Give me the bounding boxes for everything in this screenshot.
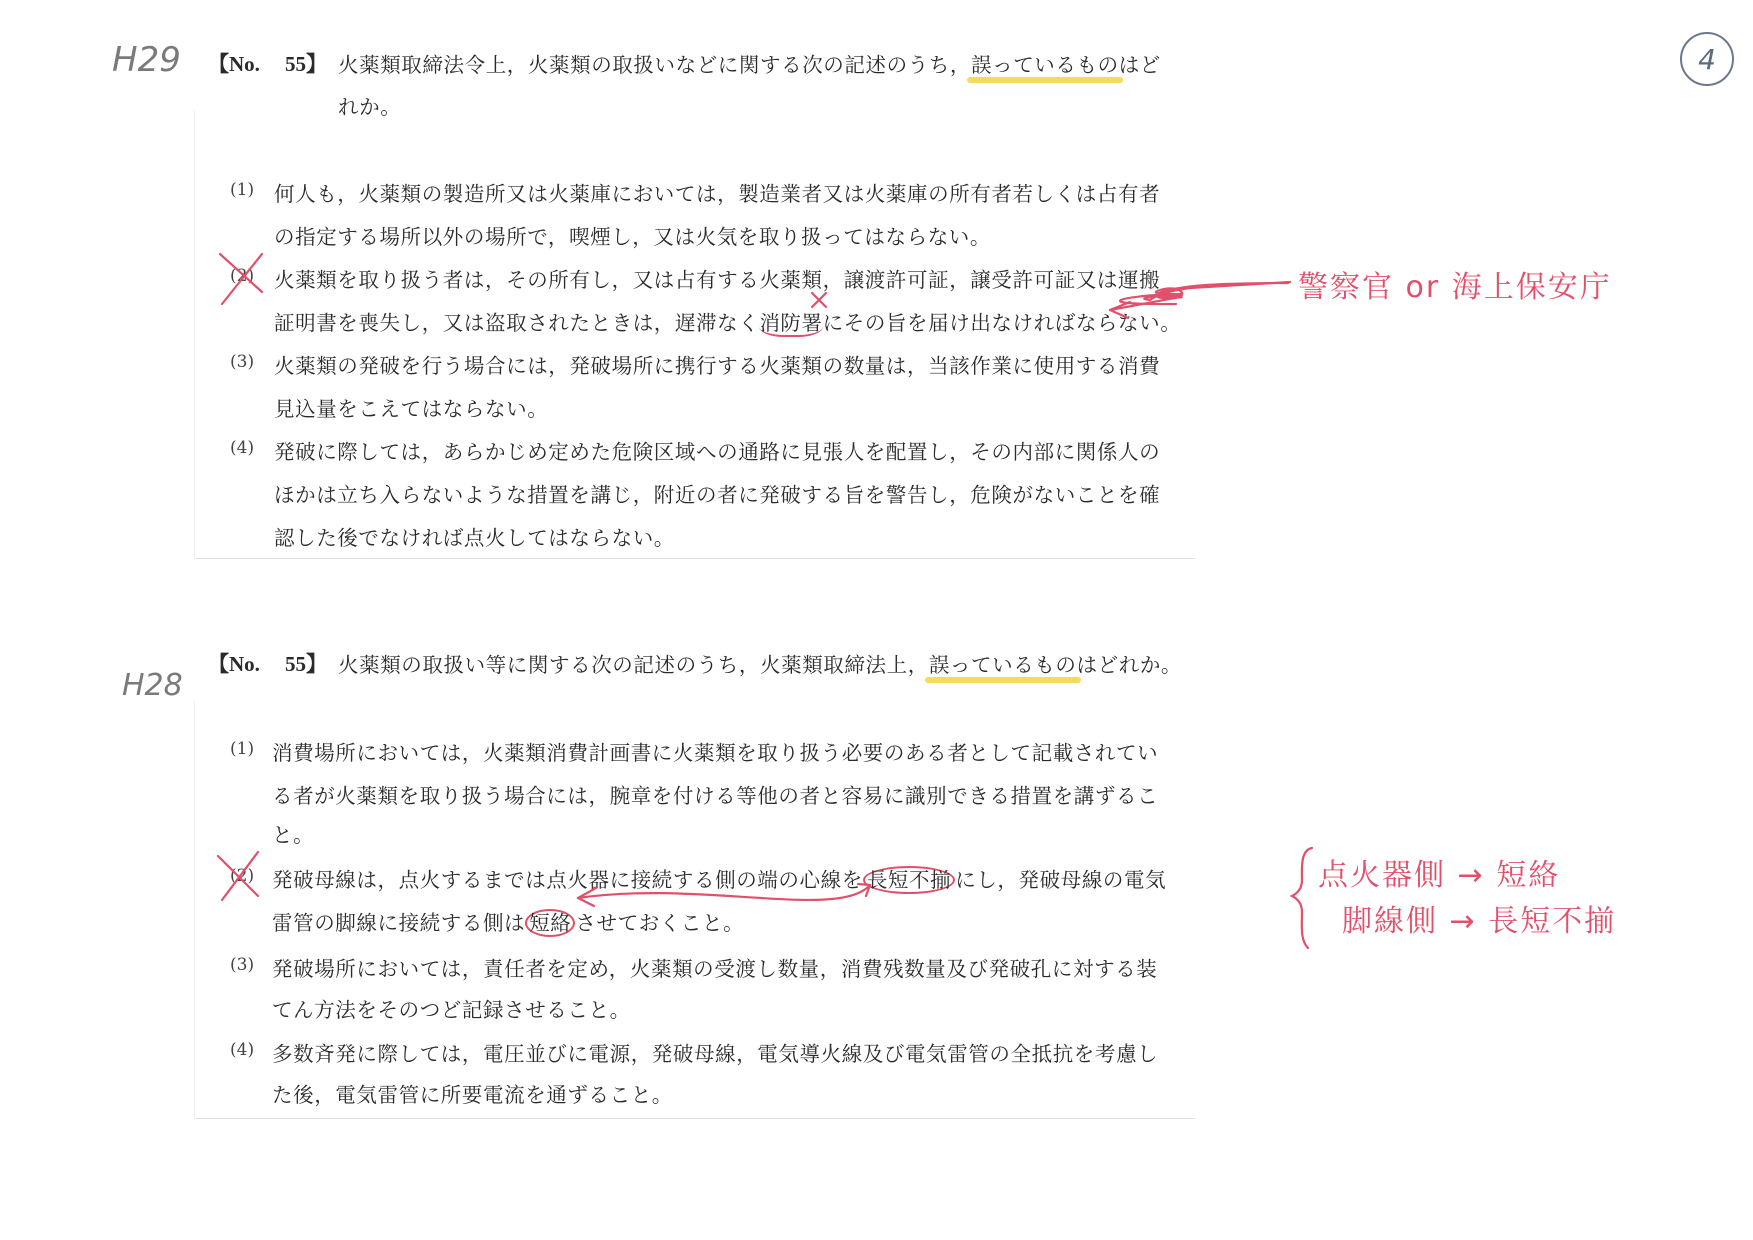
year-label-h28: H28 xyxy=(122,668,183,703)
option-text: てん方法をそのつど記録させること。 xyxy=(272,993,631,1023)
question-stem: 火薬類取締法令上，火薬類の取扱いなどに関する次の記述のうち，誤っているものはど xyxy=(338,48,1161,78)
option-text: 証明書を喪失し，又は盗取されたときは，遅滞なく消防署にその旨を届け出なければなら… xyxy=(274,306,1181,336)
question-stem: 火薬類の取扱い等に関する次の記述のうち，火薬類取締法上，誤っているものはどれか。 xyxy=(338,648,1182,678)
option-text: 発破に際しては，あらかじめ定めた危険区域への通路に見張人を配置し，その内部に関係… xyxy=(274,435,1160,465)
option-text: 火薬類の発破を行う場合には，発破場所に携行する火薬類の数量は，当該作業に使用する… xyxy=(274,349,1160,379)
question-number-value: 55】 xyxy=(285,48,327,78)
question-number: 【No. xyxy=(208,648,260,678)
option-text: 見込量をこえてはならない。 xyxy=(274,392,548,422)
option-text: 何人も，火薬類の製造所又は火薬庫においては，製造業者又は火薬庫の所有者若しくは占… xyxy=(274,177,1160,207)
year-label-h29: H29 xyxy=(112,40,181,80)
option-label: (1) xyxy=(230,739,254,759)
red-circle-mark: 長短不揃 xyxy=(863,866,955,894)
option-label: (4) xyxy=(230,1040,254,1060)
option-text: の指定する場所以外の場所で，喫煙し，又は火気を取り扱ってはならない。 xyxy=(274,220,991,250)
option-text: た後，電気雷管に所要電流を通ずること。 xyxy=(272,1078,673,1108)
option-label: (2) xyxy=(230,866,254,886)
option-text: 発破場所においては，責任者を定め，火薬類の受渡し数量，消費残数量及び発破孔に対す… xyxy=(272,952,1157,982)
option-label: (1) xyxy=(230,180,254,200)
question-number: 【No. xyxy=(208,48,260,78)
option-text: と。 xyxy=(272,818,314,848)
option-text: 認した後でなければ点火してはならない。 xyxy=(274,521,675,551)
page-number: 4 xyxy=(1698,43,1716,76)
question-stem-line2: れか。 xyxy=(338,90,401,120)
option-label: (4) xyxy=(230,438,254,458)
red-circle-mark: 短絡 xyxy=(525,909,575,937)
option-text: 火薬類を取り扱う者は，その所有し，又は占有する火薬類，譲渡許可証，譲受許可証又は… xyxy=(274,263,1160,293)
highlight-incorrect: 誤っているもの xyxy=(929,653,1077,677)
annotation-line-2: 脚線側 → 長短不揃 xyxy=(1342,896,1616,940)
option-label: (2) xyxy=(230,266,254,286)
annotation-line-1: 点火器側 → 短絡 xyxy=(1318,850,1560,894)
question-number-value: 55】 xyxy=(285,648,327,678)
annotation-correct-authority: 警察官 or 海上保安庁 xyxy=(1298,262,1612,306)
red-underline-mark: 消防署 xyxy=(759,311,822,337)
option-text: る者が火薬類を取り扱う場合には，腕章を付ける等他の者と容易に識別できる措置を講ず… xyxy=(272,779,1158,809)
highlight-incorrect: 誤っているもの xyxy=(971,53,1119,77)
option-text: 消費場所においては，火薬類消費計画書に火薬類を取り扱う必要のある者として記載され… xyxy=(272,736,1158,766)
option-text: 雷管の脚線に接続する側は短絡させておくこと。 xyxy=(272,906,744,936)
option-label: (3) xyxy=(230,955,254,975)
option-text: ほかは立ち入らないような措置を講じ，附近の者に発破する旨を警告し，危険がないこと… xyxy=(274,478,1160,508)
page-number-badge: 4 xyxy=(1680,32,1734,86)
option-label: (3) xyxy=(230,352,254,372)
option-text: 発破母線は，点火するまでは点火器に接続する側の端の心線を長短不揃にし，発破母線の… xyxy=(272,863,1166,893)
option-text: 多数斉発に際しては，電圧並びに電源，発破母線，電気導火線及び電気雷管の全抵抗を考… xyxy=(272,1037,1158,1067)
